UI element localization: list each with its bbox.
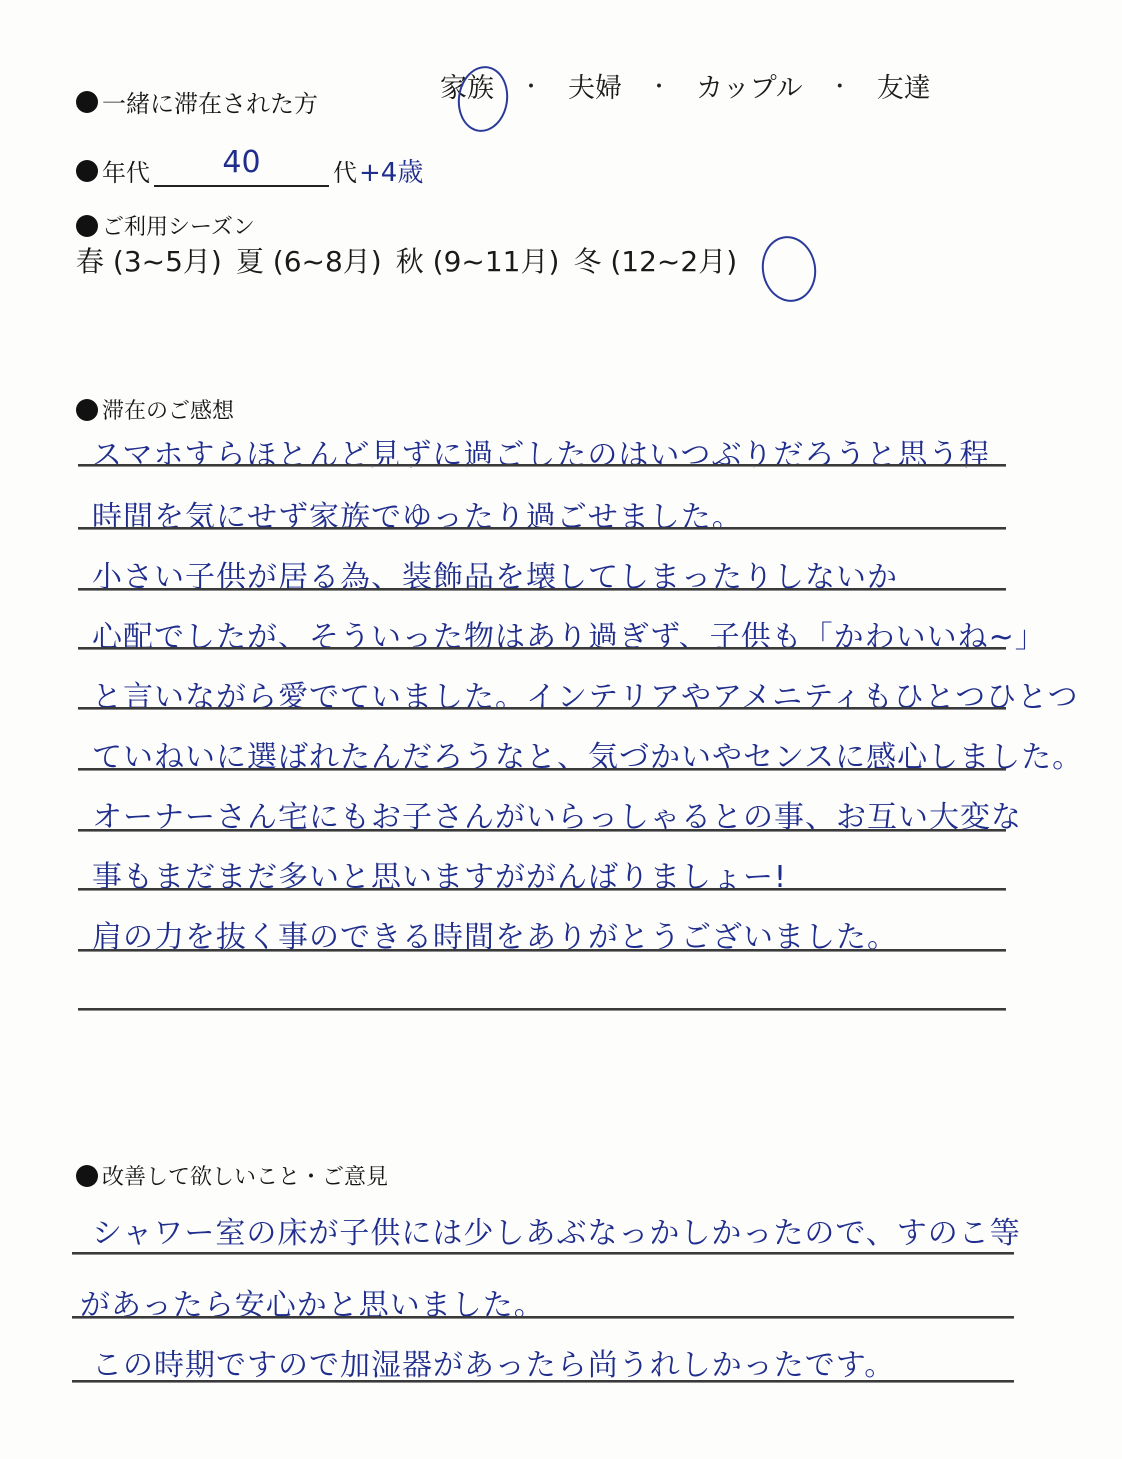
- bullet-icon: [76, 399, 98, 421]
- impressions-line: と言いながら愛でていました。インテリアやアメニティもひとつひとつ: [92, 672, 1079, 716]
- ruled-line: [78, 464, 1006, 466]
- ruled-line: [78, 1008, 1006, 1010]
- age-label: 年代: [102, 153, 150, 188]
- season-option-summer[interactable]: 夏 (6~8月): [236, 240, 382, 280]
- companion-field: 一緒に滞在された方: [76, 84, 318, 119]
- season-option-autumn[interactable]: 秋 (9~11月): [396, 240, 560, 280]
- companion-label: 一緒に滞在された方: [102, 84, 318, 119]
- ruled-line: [78, 707, 1006, 709]
- season-option-winter[interactable]: 冬 (12~2月): [573, 240, 737, 280]
- season-label: ご利用シーズン: [102, 210, 255, 241]
- ruled-line: [72, 1380, 1014, 1382]
- impressions-line: スマホすらほとんど見ずに過ごしたのはいつぶりだろうと思う程: [92, 430, 990, 474]
- ruled-line: [78, 829, 1006, 831]
- companion-option-couple[interactable]: カップル: [696, 66, 803, 105]
- ruled-line: [78, 527, 1006, 529]
- age-input[interactable]: 40: [154, 155, 329, 187]
- separator: ・: [648, 70, 670, 101]
- season-option-spring[interactable]: 春 (3~5月): [76, 240, 222, 280]
- season-options: 春 (3~5月) 夏 (6~8月) 秋 (9~11月) 冬 (12~2月): [76, 240, 737, 280]
- companion-option-couple-married[interactable]: 夫婦: [568, 66, 622, 105]
- ruled-line: [78, 647, 1006, 649]
- companion-option-family[interactable]: 家族: [440, 66, 494, 105]
- improvements-label: 改善して欲しいこと・ご意見: [102, 1160, 388, 1191]
- separator: ・: [520, 70, 542, 101]
- age-field: 年代 40 代 +4歳: [76, 152, 423, 189]
- ruled-line: [78, 949, 1006, 951]
- impressions-line: 時間を気にせず家族でゆったり過ごせました。: [92, 492, 743, 536]
- ruled-line: [78, 768, 1006, 770]
- impressions-line: 心配でしたが、そういった物はあり過ぎず、子供も「かわいいね~」: [92, 612, 1046, 656]
- age-value: 40: [222, 145, 260, 180]
- improvements-line: この時期ですので加湿器があったら尚うれしかったです。: [92, 1340, 895, 1384]
- bullet-icon: [76, 1165, 98, 1187]
- impressions-label: 滞在のご感想: [102, 394, 234, 425]
- season-field: ご利用シーズン: [76, 210, 255, 241]
- bullet-icon: [76, 215, 98, 237]
- ruled-line: [78, 888, 1006, 890]
- separator: ・: [829, 70, 851, 101]
- ruled-line: [78, 588, 1006, 590]
- impressions-field: 滞在のご感想: [76, 394, 234, 425]
- ruled-line: [72, 1252, 1014, 1254]
- age-note: +4歳: [359, 152, 423, 189]
- age-suffix: 代: [333, 153, 357, 188]
- companion-options: 家族 ・ 夫婦 ・ カップル ・ 友達: [440, 66, 931, 105]
- selection-circle-icon: [757, 232, 822, 306]
- companion-option-friends[interactable]: 友達: [877, 66, 931, 105]
- improvements-line: シャワー室の床が子供には少しあぶなっかしかったので、すのこ等: [92, 1208, 1021, 1252]
- bullet-icon: [76, 91, 98, 113]
- bullet-icon: [76, 160, 98, 182]
- ruled-line: [72, 1316, 1014, 1318]
- improvements-field: 改善して欲しいこと・ご意見: [76, 1160, 388, 1191]
